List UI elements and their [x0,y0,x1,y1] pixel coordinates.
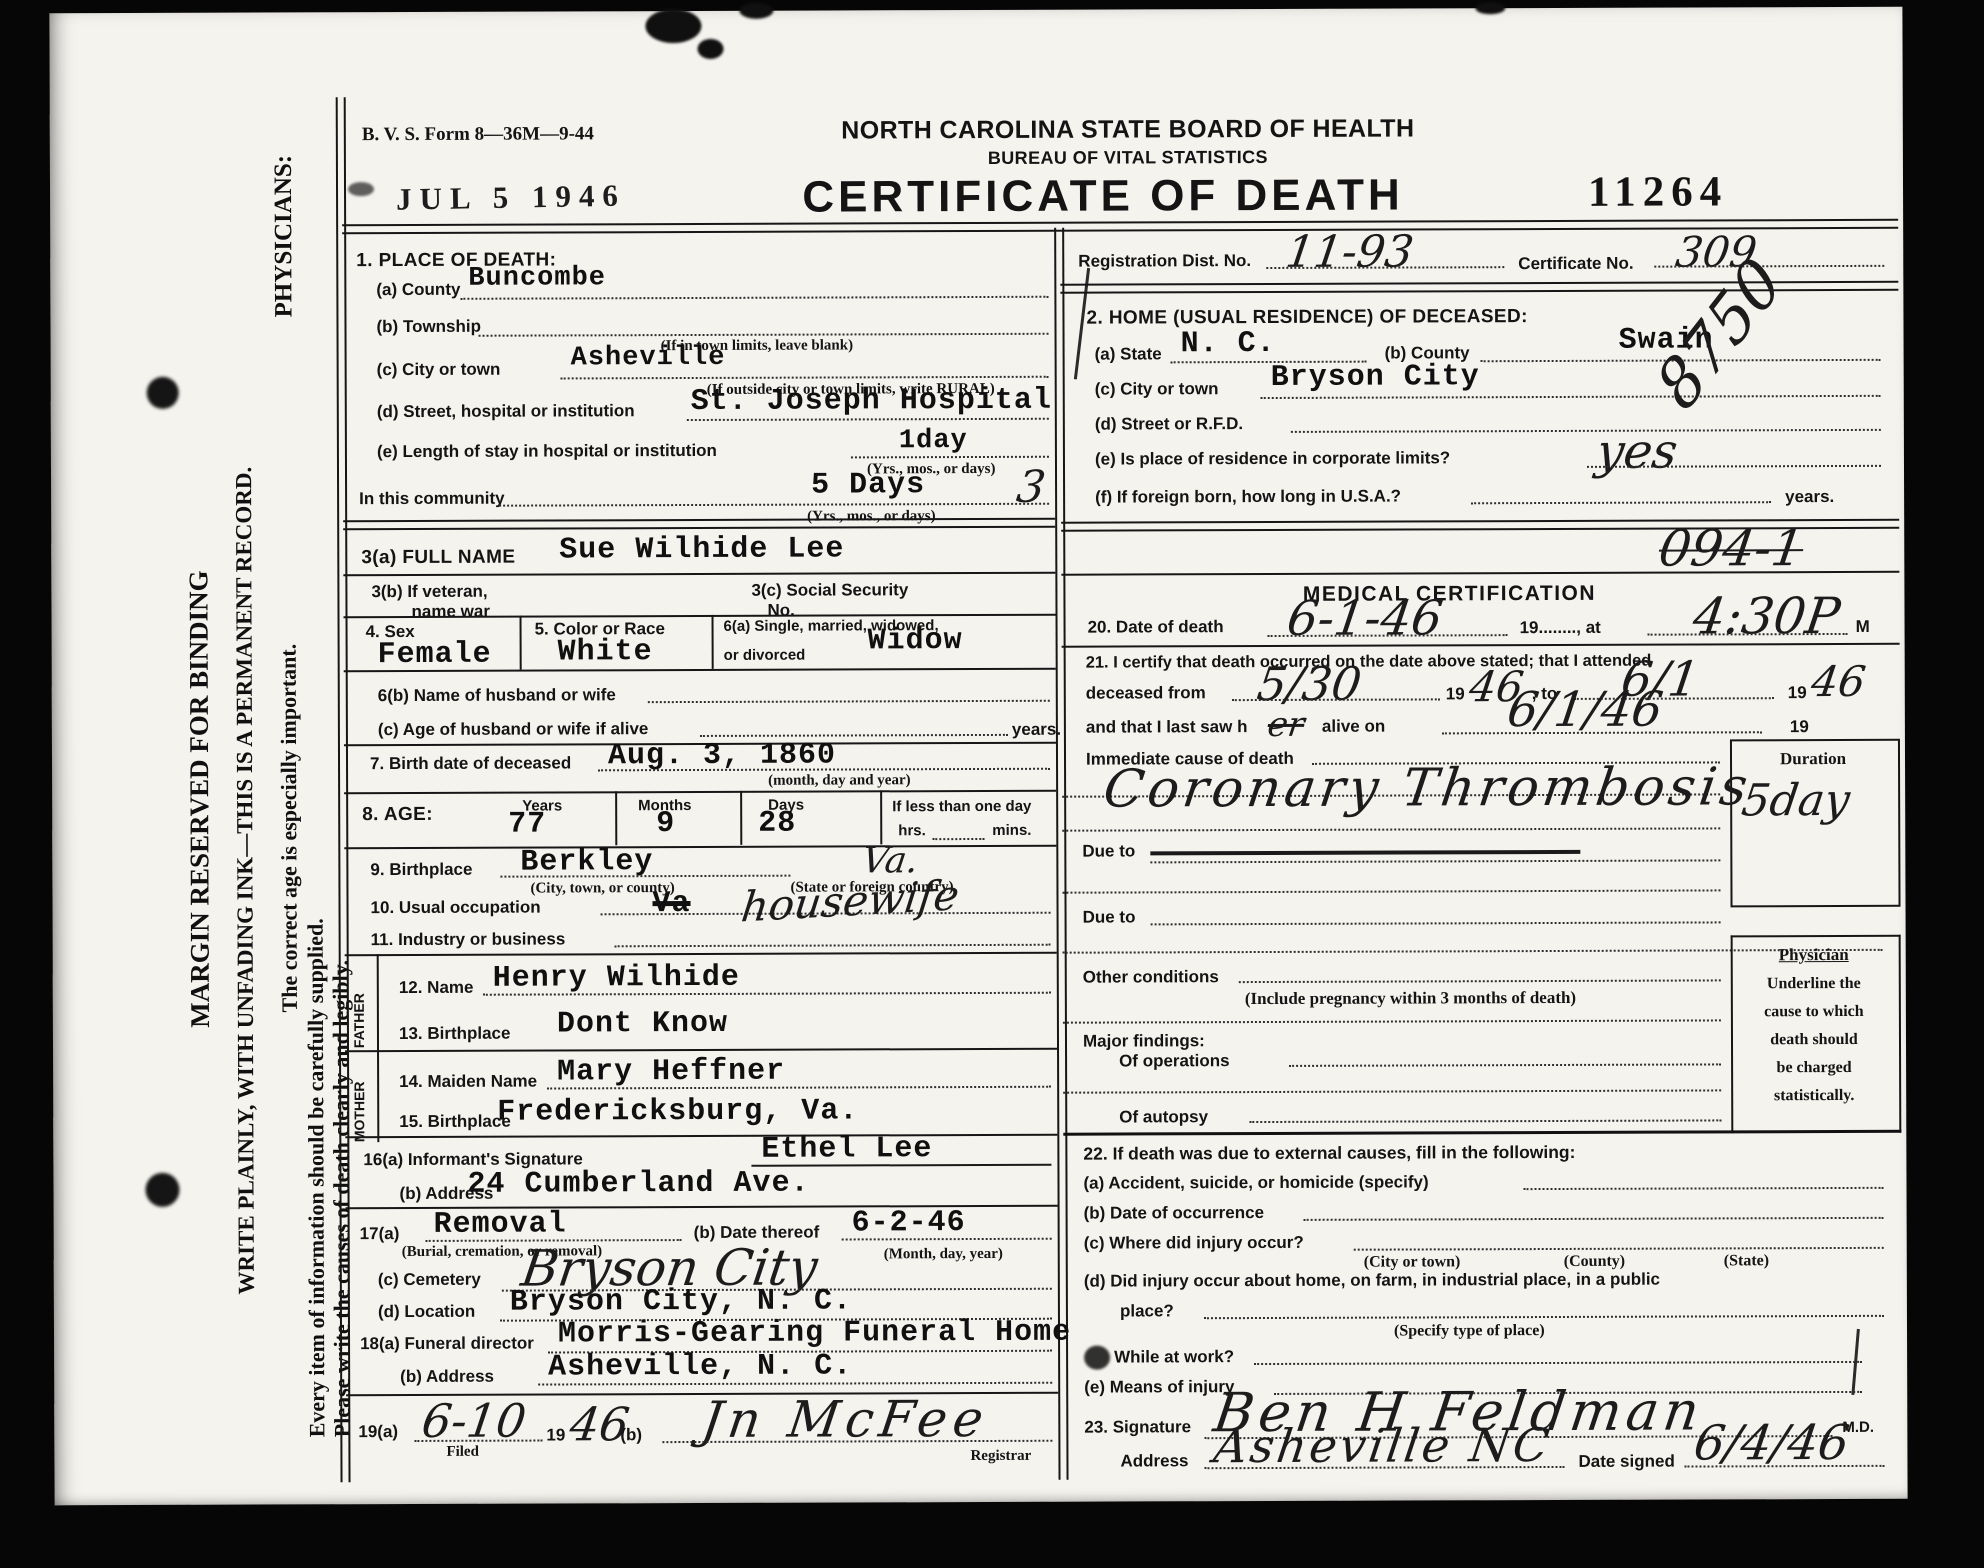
row-rule [344,845,1056,849]
cell-divider [712,615,714,669]
margin-correct-age-text: The correct age is especially important. [275,332,303,1012]
city-value: Asheville [571,343,726,374]
spouse-age-label: (c) Age of husband or wife if alive [378,719,649,740]
age-days-value: 28 [758,807,796,841]
row-rule [343,572,1055,576]
industry-line [615,944,1051,948]
handwritten-mark-3: 3 [1014,462,1049,513]
father-name-value: Henry Wilhide [493,961,740,996]
ssn-label: 3(c) Social Security [751,580,908,601]
due-to-1-label: Due to [1082,841,1135,861]
cemetery-location-value: Bryson City, N. C. [510,1284,852,1319]
city-label: (c) City or town [377,360,501,380]
community-value: 5 Days [811,468,925,502]
date-signed-label: Date signed [1578,1452,1674,1472]
duration-label: Duration [1732,749,1894,770]
filed-19a-label: 19(a) [358,1422,398,1442]
township-line [479,333,1049,337]
registration-district-label: Registration Dist. No. [1078,251,1251,272]
certificate-no-label: Certificate No. [1518,254,1633,274]
filed-b-label: (b) [620,1425,642,1445]
full-name-label: 3(a) FULL NAME [361,547,515,570]
county-line [460,296,1048,300]
row-rule [345,952,1057,956]
time-m-suffix: M [1856,617,1870,637]
bureau-subtitle: BUREAU OF VITAL STATISTICS [698,146,1558,170]
date-of-death-value: 6-1-46 [1284,590,1446,647]
mother-birthplace-label: 15. Birthplace [399,1112,511,1132]
physician-note-line5: statistically. [1733,1087,1895,1106]
age-years-value: 77 [508,808,546,842]
street-line [687,418,1049,421]
cell-divider [740,791,742,845]
corporate-limits-label: (e) Is place of residence in corporate l… [1095,448,1450,469]
registrar-caption: Registrar [970,1448,1031,1465]
cemetery-location-label: (d) Location [378,1302,475,1322]
findings-mid-line [1063,1089,1721,1093]
scan-smudge [645,9,701,43]
stay-line [851,456,1049,459]
margin-physicians-text: PHYSICIANS: [270,97,299,317]
date-of-death-label: 20. Date of death [1088,617,1224,637]
disposal-17a-label: 17(a) [360,1224,400,1244]
scan-background: MARGIN RESERVED FOR BINDING WRITE PLAINL… [0,0,1984,1568]
of-autopsy-line [1249,1119,1721,1123]
certificate-paper: MARGIN RESERVED FOR BINDING WRITE PLAINL… [49,7,1907,1505]
row-rule [345,1048,1057,1052]
home-state-label: (a) State [1095,344,1162,364]
physician-signature-label: 23. Signature [1084,1417,1191,1437]
attended-from-label: deceased from [1086,683,1206,703]
scan-smudge [348,182,374,196]
due-to-2-label: Due to [1083,907,1136,927]
of-autopsy-label: Of autopsy [1119,1107,1208,1127]
home-heading: 2. HOME (USUAL RESIDENCE) OF DECEASED: [1086,306,1527,330]
occupation-label: 10. Usual occupation [370,898,540,919]
hrs-label: hrs. [898,822,926,839]
last-saw-date-value: 6/1/46 [1504,682,1666,739]
external-c-note-state: (State) [1724,1252,1769,1270]
filed-year-prefix: 19 [546,1425,565,1445]
certificate-no-line [1654,265,1884,268]
external-c-note-county: (County) [1564,1253,1625,1271]
duration-handwritten: 5day [1739,775,1853,826]
township-label: (b) Township [376,317,481,337]
to-year-prefix: 19 [1788,683,1807,703]
birthplace-label: 9. Birthplace [370,860,472,880]
spouse-age-line [700,734,1008,737]
cell-divider [880,790,882,844]
due-to-1-line [1150,859,1720,863]
funeral-director-label: 18(a) Funeral director [360,1334,534,1355]
row-rule [1062,643,1900,648]
last-saw-year-prefix: 19 [1790,717,1809,737]
father-birthplace-value: Dont Know [557,1007,728,1042]
cell-divider [615,791,617,845]
column-divider [1054,228,1068,1480]
home-city-line [1261,395,1881,399]
marital-value: Widow [868,624,963,658]
scan-smudge [1475,2,1505,14]
physician-note-line2: cause to which [1733,1003,1895,1022]
veteran-label: 3(b) If veteran, [371,582,487,602]
age-label: 8. AGE: [362,804,433,826]
funeral-director-value: Morris-Gearing Funeral Home [558,1316,1071,1352]
physician-note-line3: death should [1733,1031,1895,1050]
other-conditions-note: (Include pregnancy within 3 months of de… [1245,988,1576,1009]
date-of-death-19-at: 19........, at [1520,618,1601,638]
due-to-1-hw-strike [1150,850,1580,856]
cemetery-label: (c) Cemetery [378,1270,481,1290]
disposal-date-note: (Month, day, year) [884,1246,1003,1263]
due-to-2-line [1151,921,1721,925]
external-c-label: (c) Where did injury occur? [1084,1233,1304,1254]
physician-address-label: Address [1120,1451,1188,1471]
veteran-label-2: name war [411,602,490,622]
less-than-day-label: If less than one day [892,798,1031,815]
last-saw-label: and that I last saw h [1086,717,1248,738]
form-number: B. V. S. Form 8—36M—9-44 [362,123,594,146]
filed-caption: Filed [446,1444,479,1461]
father-bracket-line [377,954,379,1050]
hole-punch-top [147,377,179,409]
last-saw-alive-on-label: alive on [1322,717,1385,737]
external-b-label: (b) Date of occurrence [1084,1203,1265,1224]
cause-writing-line-2 [1062,827,1720,831]
external-section-rule [1063,1130,1901,1136]
physician-note-line4: be charged [1733,1059,1895,1078]
funeral-address-line [538,1382,1052,1386]
county-label: (a) County [376,280,460,300]
external-d-note: (Specify type of place) [1394,1322,1545,1341]
other-conditions-label: Other conditions [1083,967,1219,987]
funeral-address-label: (b) Address [400,1367,494,1387]
section-rule [343,518,1055,530]
disposal-method-value: Removal [434,1207,567,1241]
medical-certification-heading: MEDICAL CERTIFICATION [1149,581,1749,607]
home-street-label: (d) Street or R.F.D. [1095,414,1243,435]
other-conditions-line [1239,979,1721,983]
major-findings-label: Major findings: [1083,1031,1205,1051]
birthdate-note: (month, day and year) [768,772,911,789]
margin-binding-text: MARGIN RESERVED FOR BINDING [183,558,216,1028]
registration-district-line [1266,266,1504,269]
of-operations-line [1289,1063,1721,1067]
external-d-line [1204,1315,1884,1319]
street-label: (d) Street, hospital or institution [377,401,635,422]
sex-value: Female [378,638,492,672]
corporate-limits-value: yes [1593,424,1681,480]
stay-label: (e) Length of stay in hospital or instit… [377,441,717,462]
foreign-born-line [1471,501,1771,504]
received-date-stamp: JUL 5 1946 [396,178,626,218]
spouse-line [648,700,1050,703]
county-value: Buncombe [468,263,606,293]
hole-punch-bottom [145,1173,179,1207]
birthdate-label: 7. Birth date of deceased [370,753,571,774]
date-signed-line [1684,1465,1884,1468]
cell-divider [520,616,522,670]
certificate-serial-number: 11264 [1588,167,1728,216]
race-value: White [558,635,653,669]
physician-box-heading: Physician [1733,945,1895,966]
handwritten-094-1: 094-1 [1655,519,1807,578]
marital-label-2: or divorced [724,647,806,664]
scan-smudge [697,39,723,59]
foreign-born-years-suffix: years. [1785,487,1834,507]
external-causes-heading: 22. If death was due to external causes,… [1083,1142,1575,1165]
row-rule [345,1134,1057,1138]
stay-value: 1day [899,426,968,456]
father-birthplace-label: 13. Birthplace [399,1024,511,1044]
due-mid-line [1062,889,1720,893]
spouse-label: 6(b) Name of husband or wife [378,685,616,706]
while-at-work-label: While at work? [1114,1347,1234,1367]
funeral-address-value: Asheville, N. C. [548,1349,852,1384]
mins-label: mins. [992,822,1031,839]
home-city-value: Bryson City [1271,360,1480,395]
external-d2-label: place? [1120,1301,1174,1321]
certify-statement: 21. I certify that death occurred on the… [1086,652,1652,673]
father-name-label: 12. Name [399,978,474,998]
physician-note-line1: Underline the [1733,975,1895,994]
scan-smudge [739,3,773,19]
disposal-date-line [842,1238,1052,1241]
mother-bracket-line [377,1050,379,1142]
external-c-line [1354,1247,1884,1251]
external-a-label: (a) Accident, suicide, or homicide (spec… [1083,1172,1428,1193]
to-year-handwritten: 46 [1808,657,1868,706]
full-name-value: Sue Wilhide Lee [559,532,844,567]
informant-address-value: 24 Cumberland Ave. [467,1167,809,1202]
street-value: St. Joseph Hospital [691,384,1052,419]
mother-side-label: MOTHER [351,1056,367,1142]
home-city-label: (c) City or town [1095,379,1219,399]
time-of-death-value: 4:30P [1690,587,1844,646]
from-year-prefix: 19 [1446,684,1465,704]
community-line [499,503,1049,507]
certificate-title: CERTIFICATE OF DEATH [758,170,1448,222]
city-line [561,376,1049,380]
means-of-injury-label: (e) Means of injury [1084,1377,1234,1398]
overprint-smudge [1084,1346,1110,1370]
community-label: In this community [359,489,505,510]
foreign-born-label: (f) If foreign born, how long in U.S.A.? [1095,487,1401,508]
findings-top-line [1063,1019,1721,1023]
date-of-death-line [1268,634,1508,637]
last-saw-her-strike: er [1265,705,1307,745]
date-signed-handwritten: 6/4/46 [1691,1415,1853,1472]
of-operations-label: Of operations [1119,1051,1230,1071]
external-d-label: (d) Did injury occur about home, on farm… [1084,1270,1660,1292]
margin-write-plainly-text: WRITE PLAINLY, WITH UNFADING INK—THIS IS… [230,295,259,1295]
home-state-value: N. C. [1181,327,1276,361]
board-title: NORTH CAROLINA STATE BOARD OF HEALTH [698,114,1558,146]
external-a-line [1524,1187,1884,1190]
occupation-handwritten: housewife [739,870,962,931]
registration-district-value: 11-93 [1283,226,1417,277]
disposal-date-value: 6-2-46 [852,1206,966,1240]
spouse-age-years-suffix: years. [1012,720,1061,740]
home-street-line [1291,429,1881,433]
attended-from-value: 5/30 [1254,657,1365,711]
while-at-work-line [1254,1361,1862,1365]
hrs-line [932,838,984,840]
mother-birthplace-value: Fredericksburg, Va. [497,1094,858,1129]
occupation-struck-value: Va [652,887,690,921]
mother-name-line [547,1086,1051,1090]
cause-of-death-handwritten: Coronary Thrombosis [1100,757,1755,819]
physician-address-handwritten: Asheville NC [1211,1418,1555,1473]
external-b-line [1304,1217,1884,1221]
informant-signature-value: Ethel Lee [761,1132,932,1167]
age-months-value: 9 [656,807,675,841]
filed-date-line [414,1440,542,1442]
attended-from-line [1232,698,1440,701]
father-side-label: FATHER [351,960,367,1048]
mother-name-label: 14. Maiden Name [399,1072,537,1092]
row-rule [344,790,1056,794]
industry-label: 11. Industry or business [371,929,566,950]
external-c-note-city: (City or town) [1364,1253,1461,1271]
corporate-limits-line [1587,465,1881,468]
mother-name-value: Mary Heffner [557,1055,785,1090]
